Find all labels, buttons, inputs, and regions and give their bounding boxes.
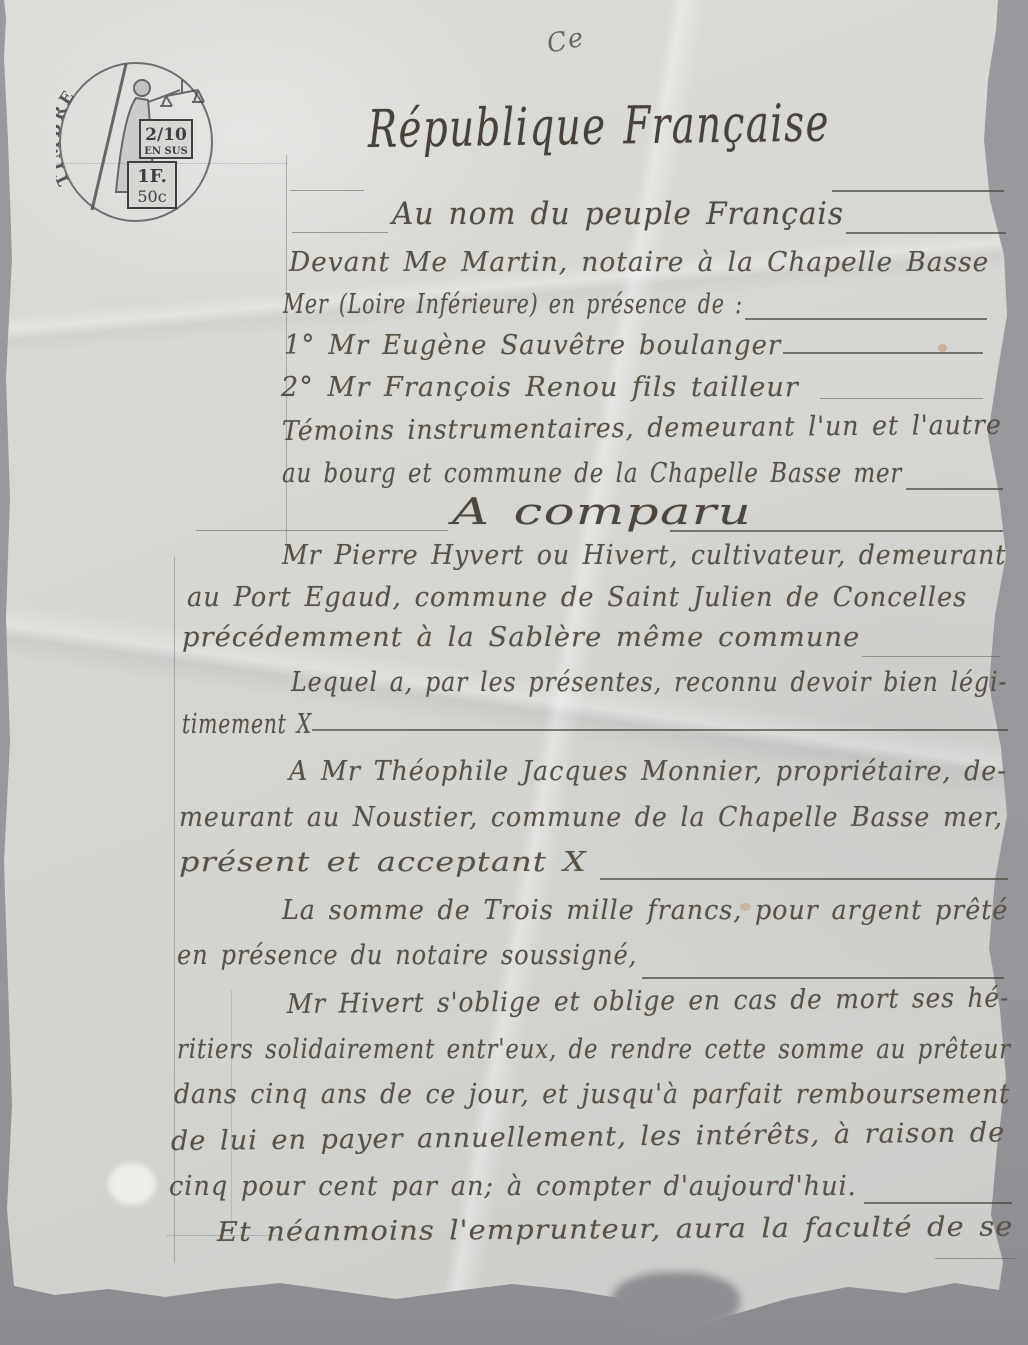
- handwritten-line: ritiers solidairement entr'eux, de rendr…: [177, 1034, 1011, 1065]
- stamp-surtax-text: EN SUS: [144, 146, 187, 157]
- handwritten-line: Témoins instrumentaires, demeurant l'un …: [282, 410, 1002, 447]
- ink-filler-line: [312, 729, 1008, 731]
- stamp-timbre-text: TIMBRE: [56, 85, 79, 189]
- ink-filler-line: [290, 190, 364, 191]
- torn-edge-shadow: [612, 1272, 740, 1330]
- paper-stain: [938, 344, 947, 352]
- stamp-surtax-box: 2/10 EN SUS: [140, 120, 192, 158]
- stamp-price-cent: 50c: [137, 187, 166, 206]
- handwritten-line: Devant Me Martin, notaire à la Chapelle …: [289, 247, 989, 278]
- paper-chip: [108, 1163, 156, 1205]
- ink-filler-line: [846, 232, 1006, 234]
- stamp-surtax-value: 2/10: [145, 125, 187, 145]
- handwritten-line: au Port Egaud, commune de Saint Julien d…: [187, 582, 967, 613]
- comparu-heading: A comparu: [452, 492, 752, 533]
- handwritten-line: Mer (Loire Inférieure) en présence de :: [283, 289, 743, 320]
- ink-filler-line: [935, 1258, 1015, 1259]
- handwritten-line: meurant au Noustier, commune de la Chape…: [179, 802, 1003, 833]
- document-subtitle: Au nom du peuple Français: [392, 196, 844, 232]
- ink-filler-line: [862, 656, 1000, 657]
- handwritten-line: dans cinq ans de ce jour, et jusqu'à par…: [174, 1079, 1010, 1110]
- ink-filler-line: [783, 352, 983, 354]
- document-title: République Française: [367, 94, 830, 160]
- ink-filler-line: [906, 488, 1003, 490]
- handwritten-line: en présence du notaire soussigné,: [177, 940, 637, 971]
- handwritten-line: au bourg et commune de la Chapelle Basse…: [282, 458, 902, 489]
- pencil-margin-line: [174, 557, 175, 1263]
- revenue-stamp: TIMBRE 2/10 EN SUS 1F. 50c: [56, 60, 216, 228]
- ink-filler-line: [600, 878, 1008, 880]
- handwritten-line: précédemment à la Sablère même commune: [182, 622, 860, 653]
- ink-filler-line: [864, 1202, 1012, 1204]
- ink-filler-line: [820, 398, 983, 399]
- stamp-price-franc: 1F.: [137, 166, 167, 187]
- ink-filler-line: [745, 318, 987, 320]
- ink-filler-line: [196, 530, 448, 531]
- handwritten-line: La somme de Trois mille francs, pour arg…: [282, 895, 1008, 926]
- ink-filler-line: [832, 190, 1004, 192]
- handwritten-line: timement X: [182, 709, 312, 740]
- stamp-price-box: 1F. 50c: [128, 162, 176, 208]
- ink-filler-line: [292, 232, 388, 233]
- handwritten-line: Mr Pierre Hyvert ou Hivert, cultivateur,…: [282, 540, 1006, 571]
- handwritten-line: Mr Hivert s'oblige et oblige en cas de m…: [287, 983, 1010, 1020]
- ink-filler-line: [642, 977, 1004, 979]
- handwritten-line: présent et acceptant X: [179, 847, 587, 878]
- handwritten-line: Lequel a, par les présentes, reconnu dev…: [291, 667, 1007, 698]
- handwritten-line: A Mr Théophile Jacques Monnier, propriét…: [289, 756, 1007, 787]
- handwritten-line: 1° Mr Eugène Sauvêtre boulanger: [284, 330, 781, 361]
- handwritten-line: Et néanmoins l'emprunteur, aura la facul…: [217, 1211, 1014, 1248]
- handwritten-line: cinq pour cent par an; à compter d'aujou…: [169, 1171, 857, 1202]
- handwritten-line: 2° Mr François Renou fils tailleur: [281, 372, 799, 403]
